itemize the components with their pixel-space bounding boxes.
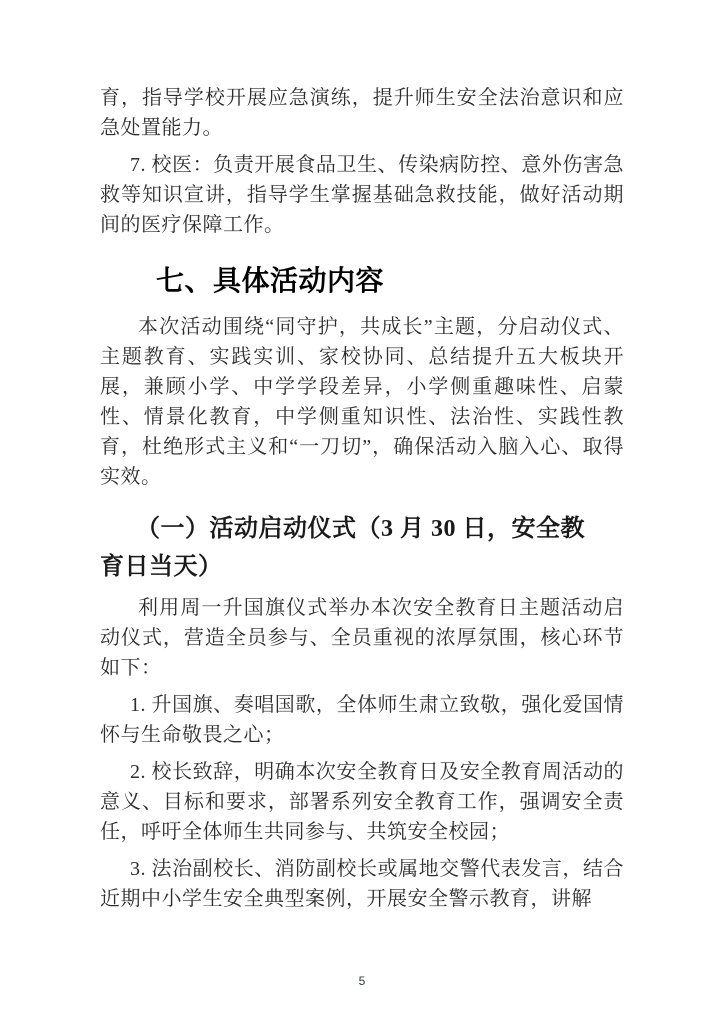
list-item-2: 2. 校长致辞，明确本次安全教育日及安全教育周活动的意义、目标和要求，部署系列安… (100, 757, 624, 847)
subsection-heading: （一）活动启动仪式（3 月 30 日，安全教育日当天） (100, 510, 592, 586)
paragraph-overview: 本次活动围绕“同守护，共成长”主题，分启动仪式、主题教育、实践实训、家校协同、总… (100, 312, 624, 492)
page-footer: 5 (0, 972, 724, 1024)
list-item-1: 1. 升国旗、奏唱国歌，全体师生肃立致敬，强化爱国情怀与生命敬畏之心； (100, 690, 624, 750)
paragraph-continuation: 育，指导学校开展应急演练，提升师生安全法治意识和应急处置能力。 (100, 83, 624, 143)
document-body: 育，指导学校开展应急演练，提升师生安全法治意识和应急处置能力。 7. 校医：负责… (100, 76, 624, 921)
paragraph-launch-intro: 利用周一升国旗仪式举办本次安全教育日主题活动启动仪式，营造全员参与、全员重视的浓… (100, 593, 624, 683)
list-item-7: 7. 校医：负责开展食品卫生、传染病防控、意外伤害急救等知识宣讲，指导学生掌握基… (100, 150, 624, 240)
document-page: 育，指导学校开展应急演练，提升师生安全法治意识和应急处置能力。 7. 校医：负责… (0, 0, 724, 1024)
page-number: 5 (359, 974, 366, 988)
section-heading: 七、具体活动内容 (100, 264, 624, 298)
list-item-3: 3. 法治副校长、消防副校长或属地交警代表发言，结合近期中小学生安全典型案例，开… (100, 854, 624, 914)
